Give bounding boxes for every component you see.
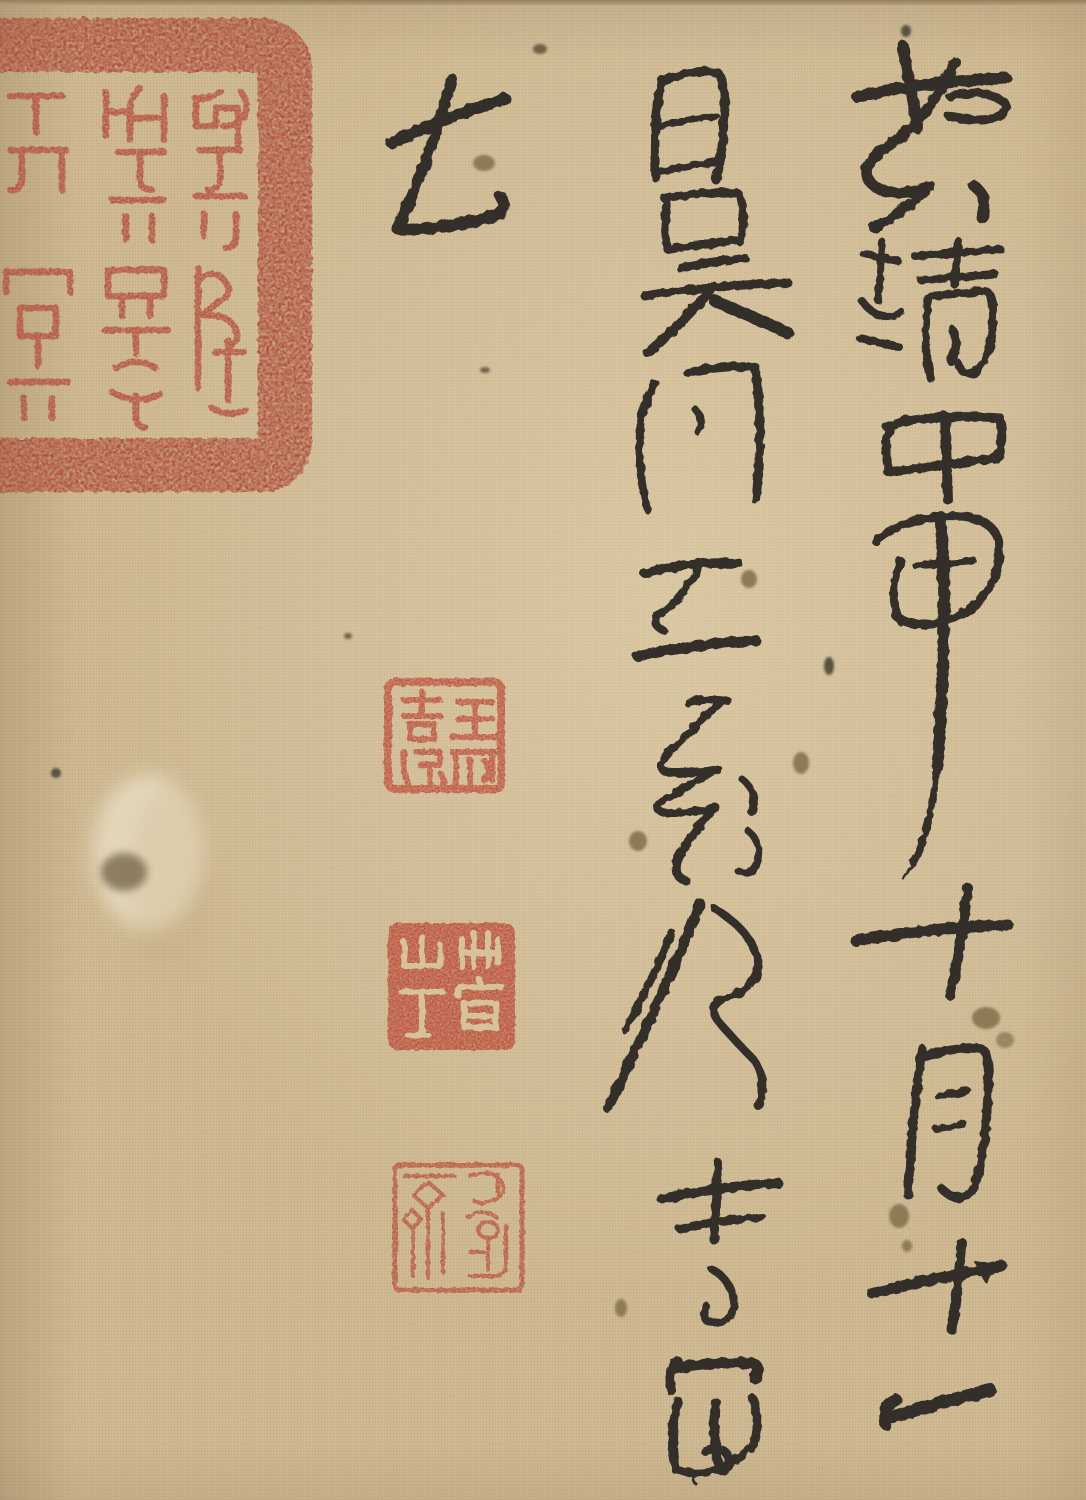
- paper-grain-overlay: [0, 0, 1086, 1500]
- artwork-layer: [0, 0, 1086, 1500]
- calligraphy-scroll-scan: Cursive-script calligraphy colophon, ink…: [0, 0, 1086, 1500]
